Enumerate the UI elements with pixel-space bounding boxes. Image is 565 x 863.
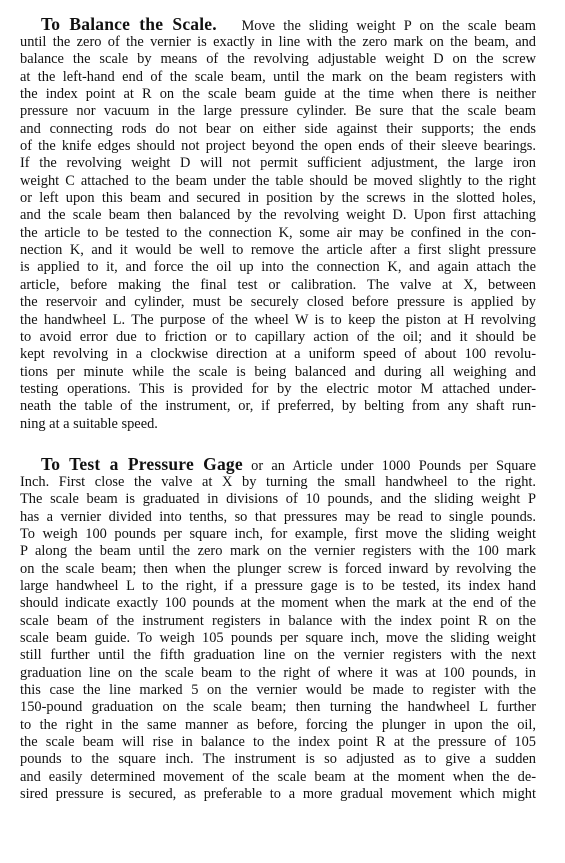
document-page: To Balance the Scale. Move the sliding w…	[20, 15, 536, 803]
text-line: P along the beam until the zero mark on …	[20, 543, 536, 560]
text-line: If the revolving weight D will not permi…	[20, 155, 536, 172]
section-test-pressure-gage: To Test a Pressure Gage or an Article un…	[20, 455, 536, 804]
text-line: this case the line marked 5 on the verni…	[20, 682, 536, 699]
text-line: article, before making the final test or…	[20, 277, 536, 294]
paragraph-first-line: To Balance the Scale. Move the sliding w…	[20, 15, 536, 34]
paragraph-gap	[20, 433, 536, 455]
text-line: balance the scale by means of the revolv…	[20, 51, 536, 68]
text-line: The scale beam is graduated in divisions…	[20, 491, 536, 508]
text-line: nection K, and it would be well to remov…	[20, 242, 536, 259]
text-line: weight C attached to the beam under the …	[20, 173, 536, 190]
text-line: scale beam guide. To weigh 105 pounds pe…	[20, 630, 536, 647]
text-line: or left upon this beam and secured in po…	[20, 190, 536, 207]
text-line: the index point at R on the scale beam g…	[20, 86, 536, 103]
section-balance-scale: To Balance the Scale. Move the sliding w…	[20, 15, 536, 433]
text-line: ning at a suitable speed.	[20, 416, 536, 433]
text-line: and connecting rods do not bear on eithe…	[20, 121, 536, 138]
paragraph-first-line: To Test a Pressure Gage or an Article un…	[20, 455, 536, 474]
section-heading: To Balance the Scale.	[41, 14, 217, 34]
text-line: and the scale beam then balanced by the …	[20, 207, 536, 224]
text-line: should indicate exactly 100 pounds at th…	[20, 595, 536, 612]
text-line: to the right in the same manner as befor…	[20, 717, 536, 734]
text-line: kept revolving in a clockwise direction …	[20, 346, 536, 363]
text-line: the article to be tested to the connecti…	[20, 225, 536, 242]
text-line: still further until the fifth graduation…	[20, 647, 536, 664]
text-line: the handwheel L. The purpose of the whee…	[20, 312, 536, 329]
text-line: of the knife edges should not project be…	[20, 138, 536, 155]
text-line: 150-pound graduation on the scale beam; …	[20, 699, 536, 716]
text-line: at the left-hand end of the scale beam, …	[20, 69, 536, 86]
text-line: Inch. First close the valve at X by turn…	[20, 474, 536, 491]
text-line: the scale beam will rise in balance to t…	[20, 734, 536, 751]
text-line: testing operations. This is provided for…	[20, 381, 536, 398]
text-line: pounds to the square inch. The instrumen…	[20, 751, 536, 768]
text-line: until the zero of the vernier is exactly…	[20, 34, 536, 51]
text-line: and easily determined movement of the sc…	[20, 769, 536, 786]
text-line: neath the table of the instrument, or, i…	[20, 398, 536, 415]
text-line: tions per minute while the scale is bein…	[20, 364, 536, 381]
text-line: is applied to it, and force the oil up i…	[20, 259, 536, 276]
text-line: sired pressure is secured, as preferable…	[20, 786, 536, 803]
text-line: the reservoir and cylinder, must be secu…	[20, 294, 536, 311]
text-line: pressure nor vacuum in the large pressur…	[20, 103, 536, 120]
text-line: scale beam of the instrument registers i…	[20, 613, 536, 630]
text-line: large handwheel L to the right, if a pre…	[20, 578, 536, 595]
text-line: To weigh 100 pounds per square inch, for…	[20, 526, 536, 543]
text-line: has a vernier divided into tenths, so th…	[20, 509, 536, 526]
section-heading: To Test a Pressure Gage	[41, 454, 243, 474]
text-line: to avoid error due to friction or to cap…	[20, 329, 536, 346]
text-line: graduation line on the scale beam to the…	[20, 665, 536, 682]
text-line: on the scale beam; then when the plunger…	[20, 561, 536, 578]
